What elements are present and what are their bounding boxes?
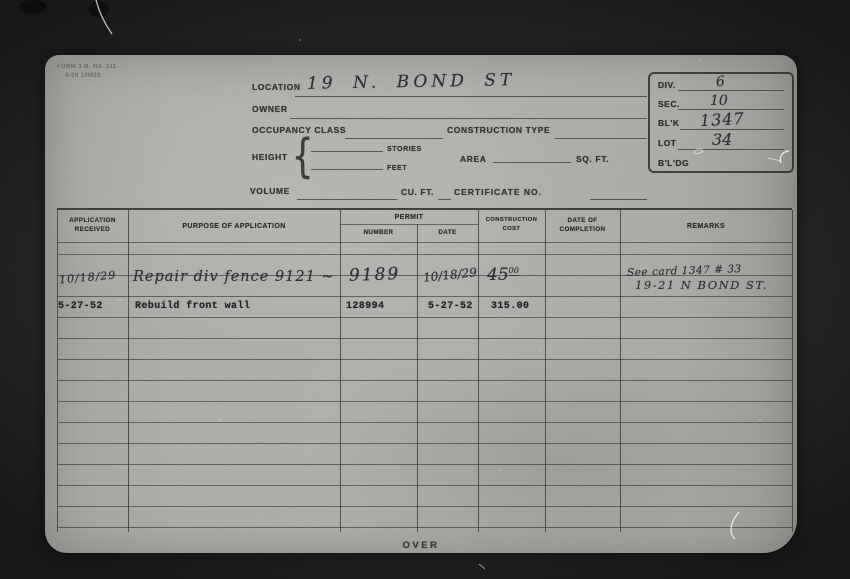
volume-label: VOLUME (250, 187, 290, 196)
header-cost-line2: COST (478, 227, 545, 233)
row2-permit-number: 128994 (346, 302, 384, 312)
blk-underline (680, 129, 784, 130)
owner-label: OWNER (252, 105, 288, 114)
sq-ft-label: SQ. FT. (576, 155, 609, 164)
row1-remarks-line2: 19-21 N BOND ST. (635, 280, 768, 292)
row1-cost: 4500 (487, 267, 519, 284)
ruled-line (57, 527, 792, 528)
form-number-line2: 4-39 10M20 (65, 72, 116, 81)
header-separator (57, 242, 792, 243)
header-application-line1: APPLICATION (57, 218, 128, 224)
column-line-completion (620, 210, 621, 532)
area-label: AREA (460, 155, 487, 164)
cu-ft-label: CU. FT. (401, 188, 434, 197)
column-line-received (128, 210, 129, 532)
blk-value: 1347 (700, 111, 745, 129)
area-underline (493, 162, 571, 163)
volume-underline (297, 199, 397, 200)
table-border-right (792, 210, 793, 532)
row1-remarks-line1: See card 1347 # 33 (627, 264, 742, 278)
ruled-line (57, 296, 792, 297)
ruled-line (57, 485, 792, 486)
permit-index-card: FORM 3 B. No. 111 4-39 10M20 LOCATION 19… (45, 55, 797, 553)
form-number-line1: FORM 3 B. No. 111 (57, 63, 116, 72)
ruled-line (57, 506, 792, 507)
feet-underline (311, 169, 383, 170)
row1-purpose: Repair div fence 9121 ~ (133, 270, 335, 285)
ruled-line (57, 338, 792, 339)
ruled-line (57, 254, 792, 255)
row2-permit-date: 5-27-52 (428, 302, 473, 312)
scratch-mark (479, 564, 485, 569)
feet-label: FEET (387, 165, 407, 172)
sec-value: 10 (710, 94, 728, 108)
row1-received: 10/18/29 (59, 270, 117, 286)
permit-table: APPLICATION RECEIVED PURPOSE OF APPLICAT… (57, 208, 792, 532)
construction-type-label: CONSTRUCTION TYPE (447, 126, 550, 135)
film-blob (89, 1, 109, 17)
column-line-cost (545, 210, 546, 532)
bldg-label: B'L'DG (658, 159, 689, 168)
header-permit: PERMIT (340, 214, 478, 221)
certificate-dash (438, 199, 451, 200)
ruled-line (57, 443, 792, 444)
column-line-date (478, 210, 479, 532)
ruled-line (57, 380, 792, 381)
permit-underline (340, 224, 478, 225)
header-remarks: REMARKS (620, 223, 792, 230)
occupancy-underline (345, 138, 443, 139)
height-brace: { (292, 129, 314, 183)
row1-permit-number: 9189 (349, 266, 401, 285)
form-number: FORM 3 B. No. 111 4-39 10M20 (57, 63, 116, 81)
microfilm-scan: { "card": { "form_number_line1": "FORM 3… (0, 0, 850, 579)
blk-label: BL'K (658, 119, 680, 128)
ruled-line (57, 359, 792, 360)
sec-label: SEC. (658, 100, 680, 109)
header-completion-line1: DATE OF (545, 218, 620, 224)
row1-cost-dollars: 45 (487, 265, 509, 285)
construction-type-underline (555, 138, 647, 139)
div-label: DIV. (658, 81, 676, 90)
ruled-line (57, 401, 792, 402)
row1-permit-date: 10/18/29 (423, 266, 478, 284)
row2-received: 5-27-52 (58, 302, 103, 312)
column-line-purpose (340, 210, 341, 532)
ruled-line (57, 422, 792, 423)
scratch-mark (96, 0, 112, 34)
location-value: 19 N. BOND ST (307, 72, 516, 93)
header-completion-line2: COMPLETION (545, 227, 620, 233)
height-label: HEIGHT (252, 153, 288, 162)
ruled-line (57, 317, 792, 318)
header-purpose: PURPOSE OF APPLICATION (128, 223, 340, 230)
row2-cost: 315.00 (491, 302, 529, 312)
header-cost-line1: CONSTRUCTION (478, 218, 545, 224)
certificate-label: CERTIFICATE NO. (454, 188, 542, 197)
location-underline (295, 96, 647, 97)
header-permit-number: NUMBER (340, 230, 417, 236)
block-lot-info-box: DIV. SEC. BL'K LOT B'L'DG 6 10 1347 34 (648, 72, 794, 173)
owner-underline (290, 118, 647, 119)
lot-value: 34 (712, 132, 732, 148)
lot-label: LOT (658, 139, 677, 148)
certificate-underline (590, 199, 647, 200)
row2-purpose: Rebuild front wall (135, 302, 250, 312)
table-border-left (57, 210, 58, 532)
over-label: OVER (403, 541, 440, 551)
header-permit-date: DATE (417, 230, 478, 236)
location-label: LOCATION (252, 83, 301, 92)
div-underline (678, 90, 784, 91)
stories-label: STORIES (387, 146, 422, 153)
row1-cost-cents: 00 (509, 266, 519, 276)
ruled-line (57, 464, 792, 465)
film-blob (19, 0, 47, 14)
header-application-line2: RECEIVED (57, 227, 128, 233)
stories-underline (311, 151, 383, 152)
div-value: 6 (716, 75, 726, 90)
lot-underline (678, 149, 784, 150)
